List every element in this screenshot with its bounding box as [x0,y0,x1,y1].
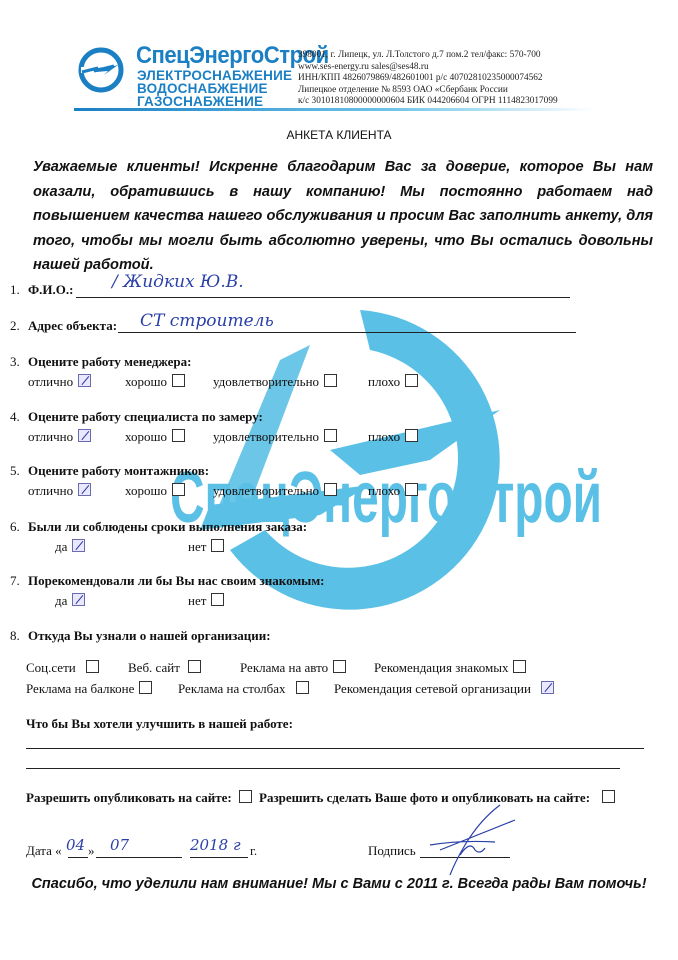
question-source: 8.Откуда Вы узнали о нашей организации: [10,628,271,644]
option-excellent[interactable]: отлично [28,374,91,390]
question-number: 4. [10,409,28,425]
checkbox[interactable] [405,429,418,442]
option-label: хорошо [125,483,167,498]
checkbox[interactable] [139,681,152,694]
checkbox[interactable] [324,483,337,496]
publish-permission[interactable]: Разрешить опубликовать на сайте: [26,790,252,806]
question-label: Ф.И.О.: [28,282,73,297]
option-label: Реклама на авто [240,660,328,675]
question-fio: 1.Ф.И.О.: [10,282,73,298]
option-label: да [55,593,67,608]
question-installers: 5.Оцените работу монтажников: [10,463,209,479]
signature-label: Подпись [368,843,416,859]
question-label: Порекомендовали ли бы Вы нас своим знако… [28,573,325,588]
question-number: 3. [10,354,28,370]
signature-scribble-icon[interactable] [420,800,520,880]
improve-field-line-2[interactable] [26,768,620,769]
option-label: Веб. сайт [128,660,180,675]
checkbox-checked[interactable] [541,681,554,694]
header-divider [74,108,594,111]
question-label: Откуда Вы узнали о нашей организации: [28,628,271,643]
option-no[interactable]: нет [188,593,224,609]
option-label: отлично [28,374,73,389]
question-number: 8. [10,628,28,644]
contact-bik: к/с 30101810800000000604 БИК 044206604 О… [298,96,558,108]
option-label: удовлетворительно [213,483,319,498]
option-label: плохо [368,429,400,444]
brand-line-gas: ГАЗОСНАБЖЕНИЕ [137,95,263,109]
option-balcony-ads[interactable]: Реклама на балконе [26,681,152,697]
question-label: Оцените работу специалиста по замеру: [28,409,263,424]
date-year-suffix: г. [250,843,257,859]
question-number: 5. [10,463,28,479]
checkbox[interactable] [333,660,346,673]
watermark-logo: СпецЭнергоСтрой [170,300,610,620]
option-label: плохо [368,374,400,389]
option-yes[interactable]: да [55,539,85,555]
date-day-line [68,857,88,858]
checkbox[interactable] [405,483,418,496]
option-satisfactory[interactable]: удовлетворительно [213,374,337,390]
option-pole-ads[interactable]: Реклама на столбах [178,681,309,697]
contact-inn: ИНН/КПП 4826079869/482601001 р/с 4070281… [298,73,558,85]
checkbox[interactable] [513,660,526,673]
checkbox[interactable] [211,539,224,552]
option-good[interactable]: хорошо [125,429,185,445]
thank-you-footer: Спасибо, что уделили нам внимание! Мы с … [0,876,678,892]
checkbox[interactable] [172,483,185,496]
option-yes[interactable]: да [55,593,85,609]
option-label: хорошо [125,374,167,389]
option-label: Соц.сети [26,660,76,675]
checkbox-checked[interactable] [78,483,91,496]
contact-bank: Липецкое отделение № 8593 ОАО «Сбербанк … [298,85,558,97]
option-label: отлично [28,483,73,498]
question-label: Оцените работу монтажников: [28,463,209,478]
option-bad[interactable]: плохо [368,374,418,390]
checkbox-checked[interactable] [72,539,85,552]
company-contacts: 398001, г. Липецк, ул. Л.Толстого д.7 по… [298,50,558,108]
checkbox[interactable] [86,660,99,673]
checkbox-checked[interactable] [72,593,85,606]
option-no[interactable]: нет [188,539,224,555]
option-satisfactory[interactable]: удовлетворительно [213,429,337,445]
checkbox[interactable] [296,681,309,694]
checkbox[interactable] [324,374,337,387]
contact-address: 398001, г. Липецк, ул. Л.Толстого д.7 по… [298,50,558,62]
checkbox[interactable] [172,429,185,442]
date-day-field[interactable]: 04 [66,836,85,854]
question-label: Что бы Вы хотели улучшить в нашей работе… [26,716,293,731]
question-recommend: 7.Порекомендовали ли бы Вы нас своим зна… [10,573,325,589]
option-excellent[interactable]: отлично [28,483,91,499]
option-good[interactable]: хорошо [125,374,185,390]
fio-field[interactable]: / Жидких Ю.В. [112,272,244,292]
option-bad[interactable]: плохо [368,429,418,445]
date-month-field[interactable]: 07 [110,836,129,854]
question-number: 1. [10,282,28,298]
question-address: 2.Адрес объекта: [10,318,117,334]
option-label: удовлетворительно [213,374,319,389]
contact-web: www.ses-energy.ru sales@ses48.ru [298,62,558,74]
option-website[interactable]: Веб. сайт [128,660,201,676]
option-label: Реклама на столбах [178,681,286,696]
option-label: Рекомендация знакомых [374,660,508,675]
address-field-line [118,332,576,333]
form-title: АНКЕТА КЛИЕНТА [0,128,678,142]
energy-circle-logo-icon [78,47,124,93]
intro-text: Уважаемые клиенты! Искренне благодарим В… [33,155,653,278]
option-good[interactable]: хорошо [125,483,185,499]
checkbox-checked[interactable] [78,374,91,387]
question-measurer: 4.Оцените работу специалиста по замеру: [10,409,263,425]
option-label: отлично [28,429,73,444]
question-number: 6. [10,519,28,535]
question-manager: 3.Оцените работу менеджера: [10,354,191,370]
option-social[interactable]: Соц.сети [26,660,99,676]
checkbox[interactable] [172,374,185,387]
option-label: удовлетворительно [213,429,319,444]
improve-question: Что бы Вы хотели улучшить в нашей работе… [26,716,293,732]
date-year-line [190,857,248,858]
checkbox[interactable] [602,790,615,803]
checkbox[interactable] [211,593,224,606]
checkbox[interactable] [405,374,418,387]
option-label: нет [188,593,206,608]
question-label: Оцените работу менеджера: [28,354,191,369]
option-label: Реклама на балконе [26,681,134,696]
checkbox[interactable] [188,660,201,673]
improve-field-line-1[interactable] [26,748,644,749]
date-quote-close: » [88,843,95,859]
option-label: нет [188,539,206,554]
option-bad[interactable]: плохо [368,483,418,499]
address-field[interactable]: СТ строитель [140,311,274,331]
date-label: Дата « [26,843,62,859]
option-label: хорошо [125,429,167,444]
question-deadlines: 6.Были ли соблюдены сроки выполнения зак… [10,519,307,535]
option-excellent[interactable]: отлично [28,429,91,445]
question-number: 2. [10,318,28,334]
option-friends[interactable]: Рекомендация знакомых [374,660,526,676]
option-grid-org[interactable]: Рекомендация сетевой организации [334,681,554,697]
publish-label: Разрешить опубликовать на сайте: [26,790,232,805]
option-satisfactory[interactable]: удовлетворительно [213,483,337,499]
option-label: плохо [368,483,400,498]
date-year-field[interactable]: 2018 г [190,836,241,854]
checkbox[interactable] [239,790,252,803]
option-label: да [55,539,67,554]
date-month-line [96,857,182,858]
date-label-text: Дата « [26,843,62,858]
question-label: Адрес объекта: [28,318,117,333]
option-label: Рекомендация сетевой организации [334,681,531,696]
option-car-ads[interactable]: Реклама на авто [240,660,346,676]
checkbox[interactable] [324,429,337,442]
fio-field-line [76,297,570,298]
question-label: Были ли соблюдены сроки выполнения заказ… [28,519,307,534]
question-number: 7. [10,573,28,589]
checkbox-checked[interactable] [78,429,91,442]
